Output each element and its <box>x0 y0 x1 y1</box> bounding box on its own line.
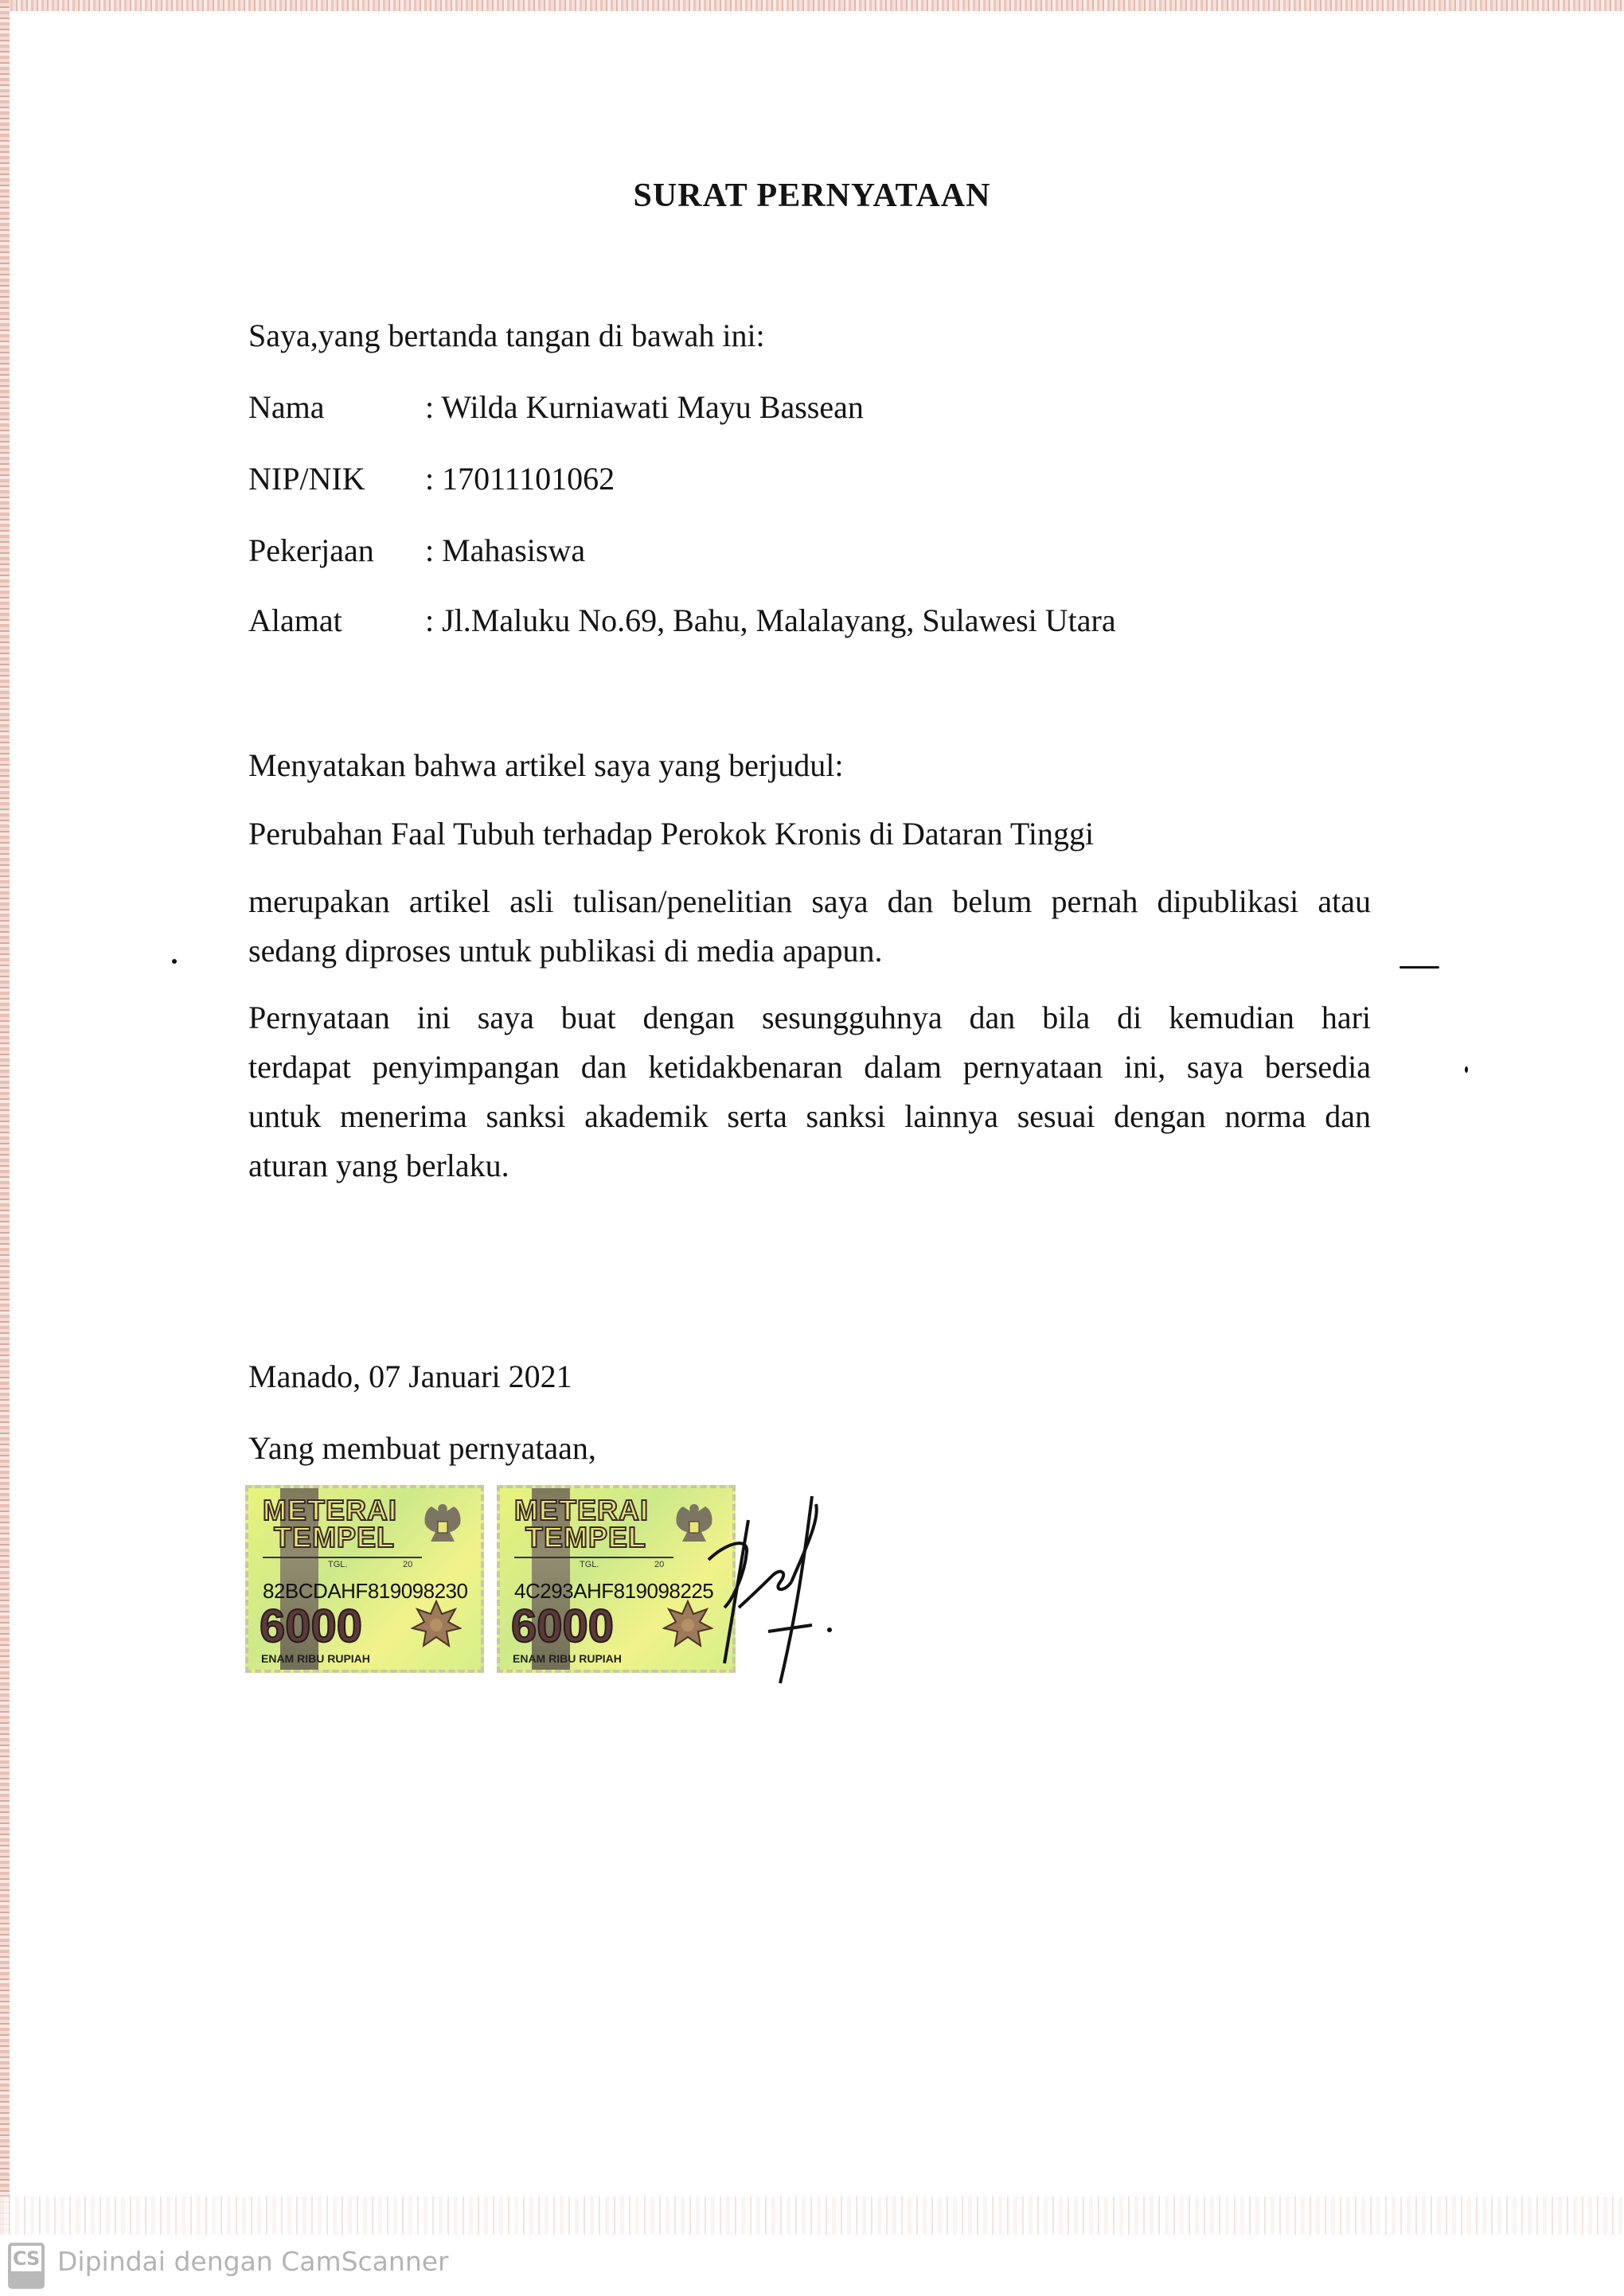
stamp-year: 20 <box>654 1560 664 1569</box>
garuda-emblem-icon <box>419 1499 467 1555</box>
document-title: SURAT PERNYATAAN <box>0 177 1624 215</box>
field-label: Nama <box>248 388 425 427</box>
field-label: Pekerjaan <box>248 532 425 570</box>
stamp-year: 20 <box>403 1560 412 1569</box>
meterai-stamp: METERAI TEMPEL TGL. 20 4C293AHF819098225… <box>497 1485 736 1673</box>
scan-edge <box>0 0 1624 11</box>
paragraph-line: terdapat penyimpangan dan ketidakbenaran… <box>248 1043 1371 1092</box>
stamp-heading: TEMPEL <box>525 1523 646 1552</box>
field-value: : Jl.Maluku No.69, Bahu, Malalayang, Sul… <box>425 602 1116 638</box>
handwritten-signature <box>701 1488 844 1687</box>
stray-mark <box>1400 966 1439 969</box>
star-ornament-icon <box>411 1600 462 1651</box>
field-value: : Wilda Kurniawati Mayu Bassean <box>425 389 864 425</box>
paragraph-line: Pernyataan ini saya buat dengan sesunggu… <box>248 993 1371 1043</box>
stray-mark <box>1465 1066 1468 1073</box>
intro-text: Saya,yang bertanda tangan di bawah ini: <box>248 317 765 355</box>
scan-edge <box>0 0 10 2236</box>
statement-intro: Menyatakan bahwa artikel saya yang berju… <box>248 746 844 785</box>
paragraph-line: merupakan artikel asli tulisan/penelitia… <box>248 877 1371 926</box>
field-label: NIP/NIK <box>248 460 425 498</box>
article-title: Perubahan Faal Tubuh terhadap Perokok Kr… <box>248 815 1094 853</box>
originality-paragraph: merupakan artikel asli tulisan/penelitia… <box>248 877 1371 976</box>
sanction-paragraph: Pernyataan ini saya buat dengan sesunggu… <box>248 993 1371 1191</box>
stamp-value: 6000 <box>511 1603 614 1651</box>
paragraph-line: sedang diproses untuk publikasi di media… <box>248 926 1371 976</box>
field-label: Alamat <box>248 602 425 640</box>
meterai-stamp: METERAI TEMPEL TGL. 20 82BCDAHF819098230… <box>245 1485 484 1673</box>
paragraph-line: untuk menerima sanksi akademik serta san… <box>248 1092 1371 1141</box>
stamp-rule <box>514 1557 673 1558</box>
stamp-rule <box>263 1557 422 1558</box>
field-row-nip: NIP/NIK: 17011101062 <box>248 460 615 498</box>
field-value: : Mahasiswa <box>425 532 585 568</box>
camscanner-logo-icon: CS <box>8 2243 45 2289</box>
stamp-value: 6000 <box>260 1603 362 1651</box>
signer-label: Yang membuat pernyataan, <box>248 1429 596 1468</box>
field-row-alamat: Alamat: Jl.Maluku No.69, Bahu, Malalayan… <box>248 602 1116 640</box>
stamp-value-words: ENAM RIBU RUPIAH <box>261 1652 370 1665</box>
paragraph-line: aturan yang berlaku. <box>248 1141 1371 1191</box>
stamp-date-label: TGL. <box>580 1560 599 1569</box>
stamp-value-words: ENAM RIBU RUPIAH <box>513 1652 622 1665</box>
field-row-pekerjaan: Pekerjaan: Mahasiswa <box>248 532 585 570</box>
stray-mark <box>172 959 177 964</box>
place-date: Manado, 07 Januari 2021 <box>248 1358 572 1396</box>
field-value: : 17011101062 <box>425 461 615 497</box>
field-row-nama: Nama: Wilda Kurniawati Mayu Bassean <box>248 388 864 427</box>
stamp-date-label: TGL. <box>328 1560 347 1569</box>
scan-edge <box>0 2197 1624 2235</box>
camscanner-watermark: Dipindai dengan CamScanner <box>57 2246 449 2277</box>
stamp-heading: TEMPEL <box>274 1523 395 1552</box>
